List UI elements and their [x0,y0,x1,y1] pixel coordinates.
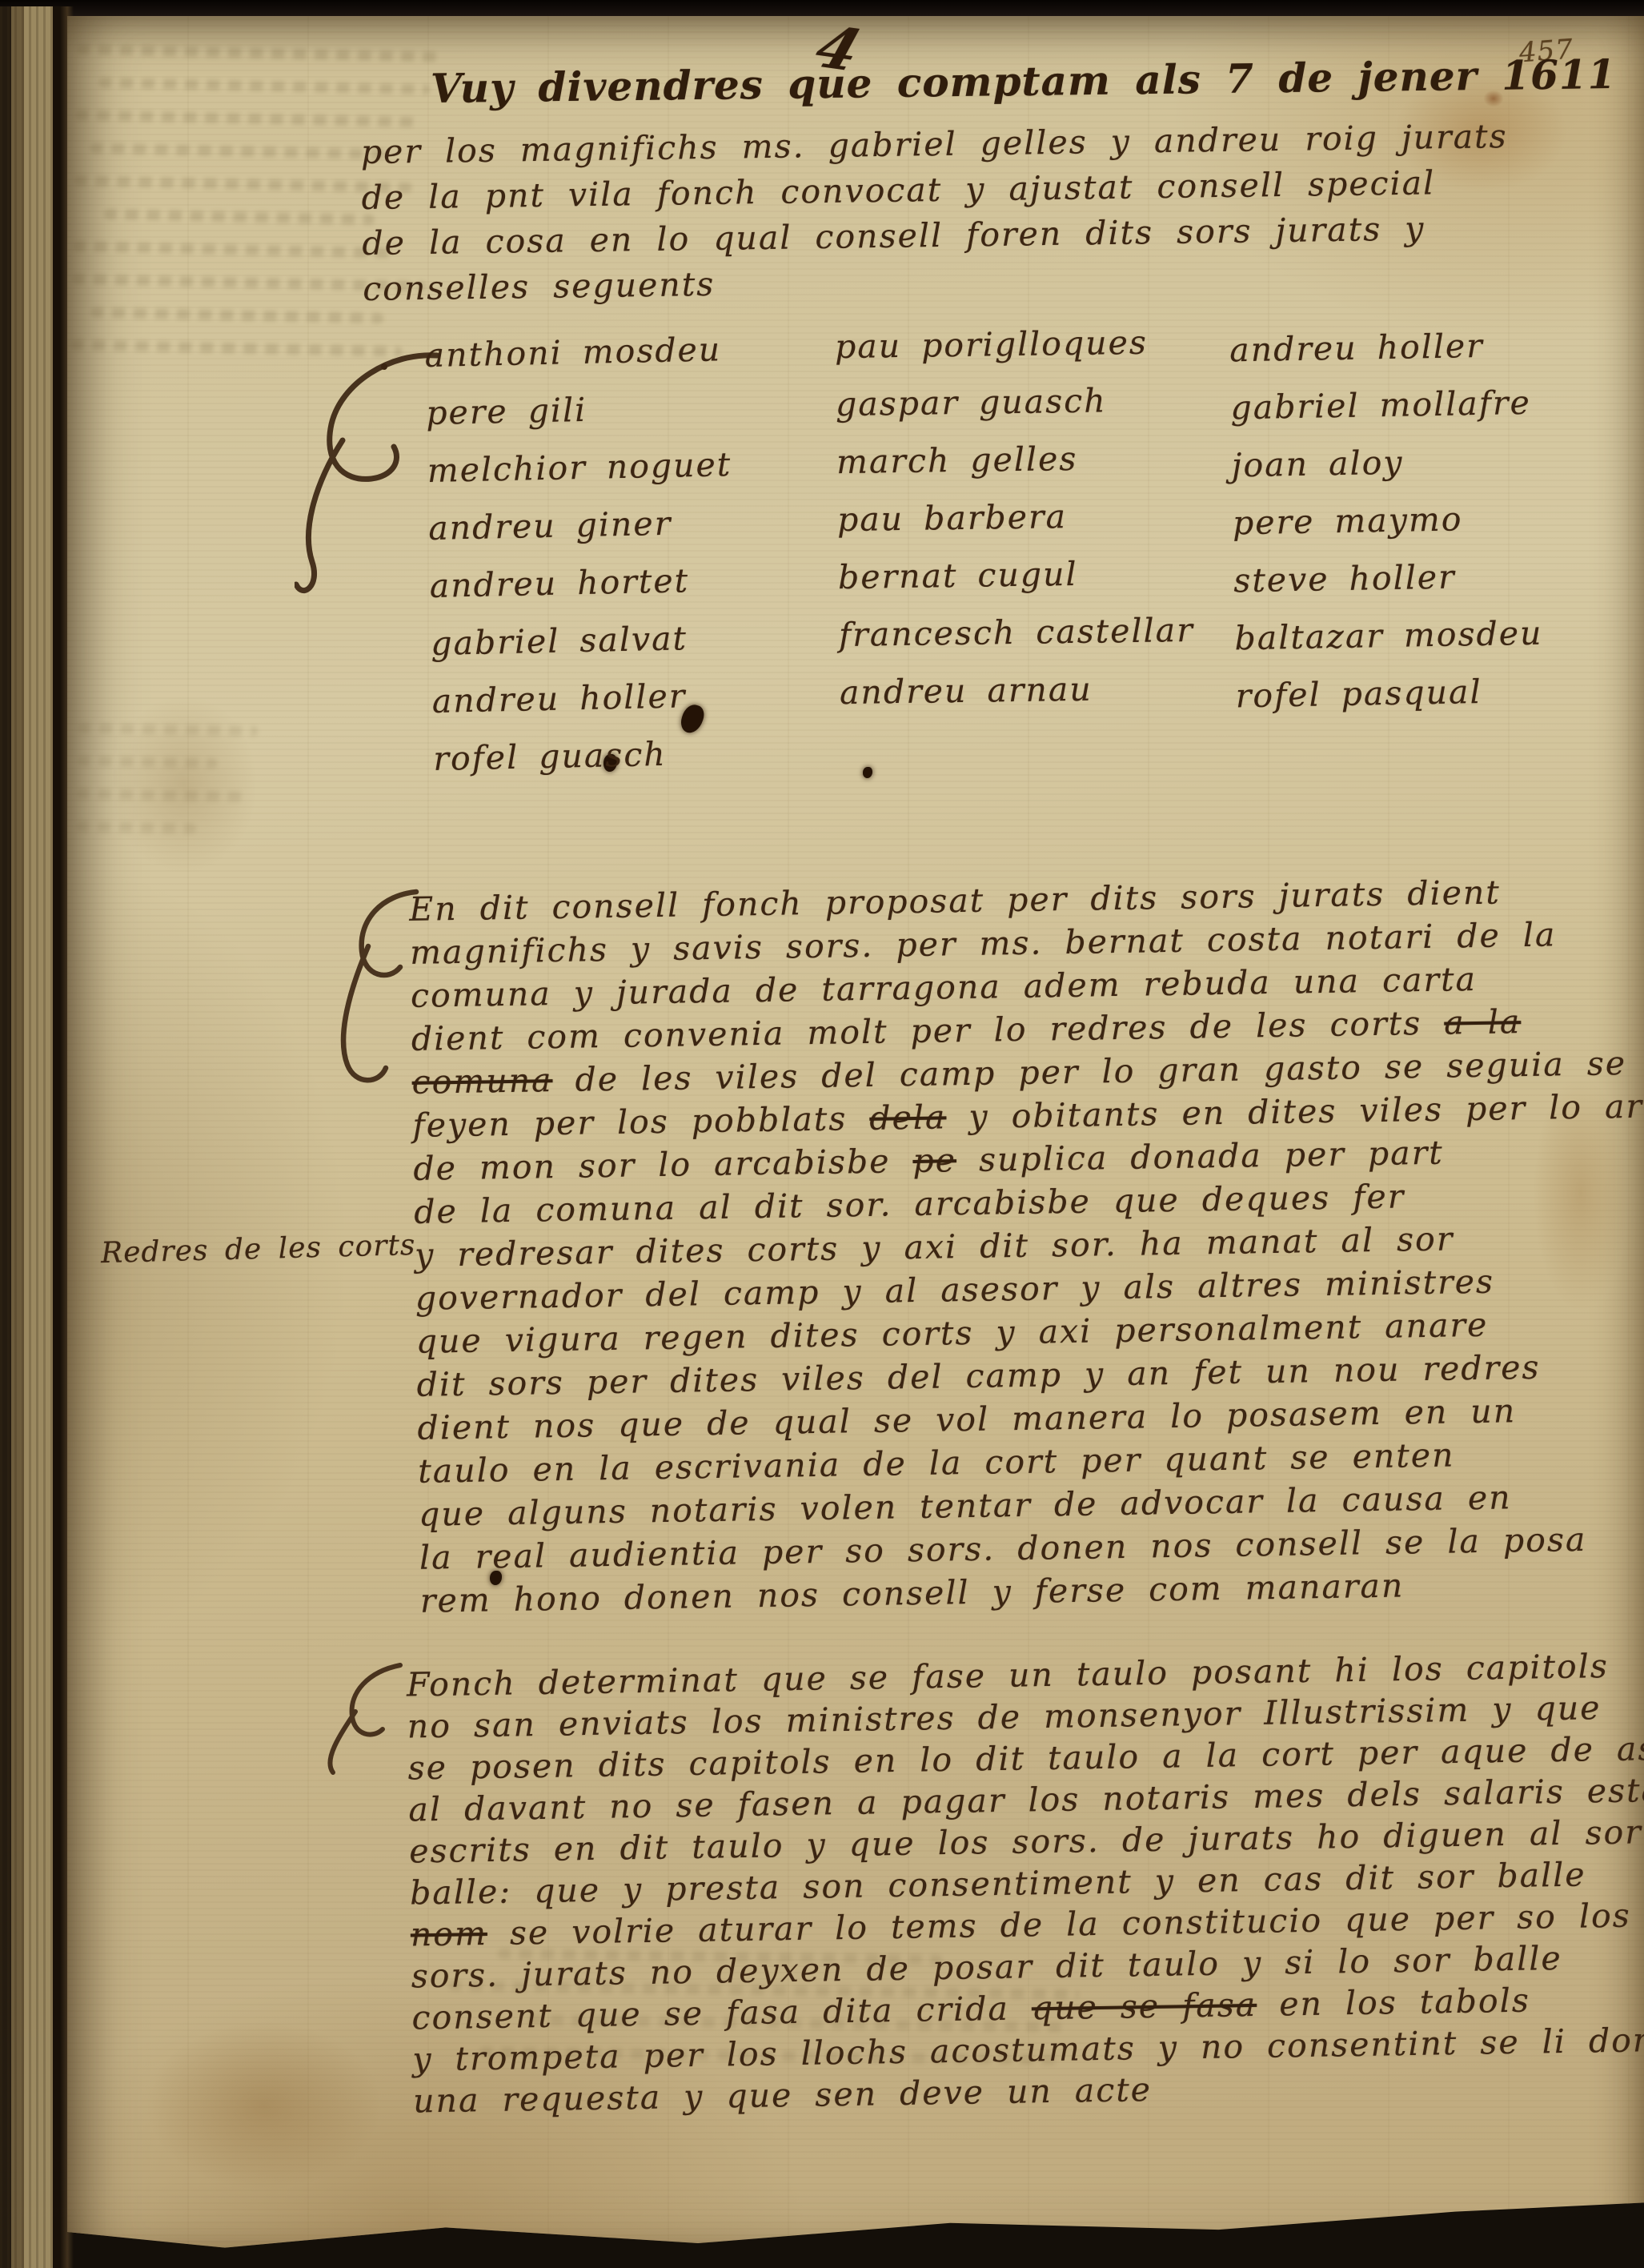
attendee-name: andreu holler [431,666,737,730]
attendee-name: pere gili [426,378,732,442]
attendee-name: steve holler [1233,547,1542,610]
attendee-name: anthoni mosdeu [424,320,730,384]
manuscript-scan: { "document": { "folio_number": "457", "… [0,0,1644,2268]
attendee-name: pau barbera [837,486,1193,548]
attendee-name: andreu giner [428,493,734,557]
attendee-name: gaspar guasch [836,371,1192,433]
attendees-column-1: anthoni mosdeupere gilimelchior noguetan… [424,320,739,788]
previous-folio-edge [0,6,56,2268]
attendee-name: gabriel mollafre [1230,374,1539,437]
attendees-column-3: andreu hollergabriel mollafrejoan aloype… [1229,316,1545,725]
attendees-column-2: pau poriglloquesgaspar guaschmarch gelle… [835,313,1196,721]
attendee-name: andreu hortet [429,551,735,615]
attendee-name: bernat cugul [838,544,1194,606]
resolution-paragraph: Fonch determinat que se fase un taulo po… [407,1644,1644,2122]
attendee-name: melchior noguet [427,436,732,500]
attendee-name: march gelles [836,428,1193,491]
attendee-name: pere maymo [1232,489,1541,552]
attendee-name: rofel guasch [433,724,739,788]
proposal-paragraph: En dit consell fonch proposat per dits s… [409,867,1644,1623]
attendee-name: andreu arnau [840,659,1196,721]
attendee-name: joan aloy [1231,432,1540,495]
attendee-name: pau poriglloques [835,313,1191,375]
intro-paragraph: per los magnifichs ms. gabriel gelles y … [360,114,1510,312]
attendee-name: rofel pasqual [1235,662,1544,725]
attendee-name: francesch castellar [839,601,1195,664]
attendee-name: andreu holler [1229,316,1538,379]
attendee-name: gabriel salvat [431,608,736,672]
attendee-name: baltazar mosdeu [1234,604,1543,668]
